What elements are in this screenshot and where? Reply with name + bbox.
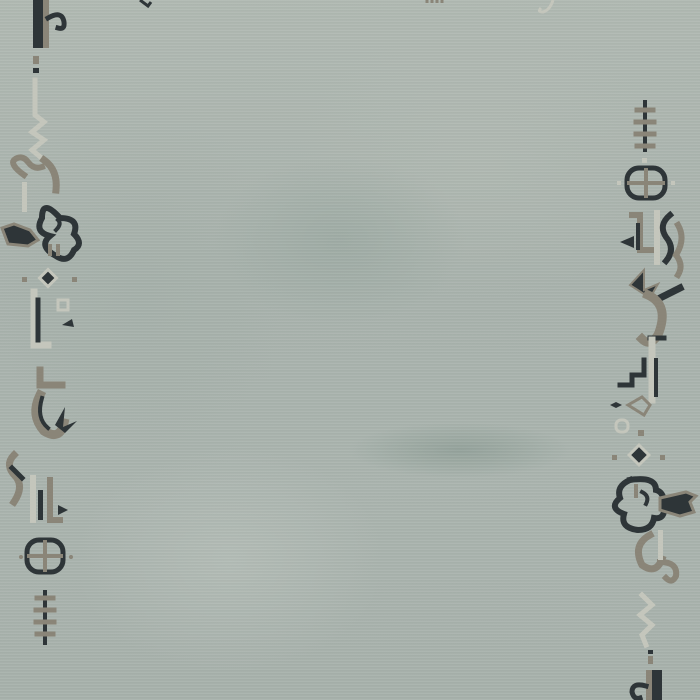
left-border-motif	[0, 0, 110, 700]
top-edge-motif	[0, 0, 700, 30]
rug-photo	[0, 0, 700, 700]
right-border-motif	[590, 0, 700, 700]
